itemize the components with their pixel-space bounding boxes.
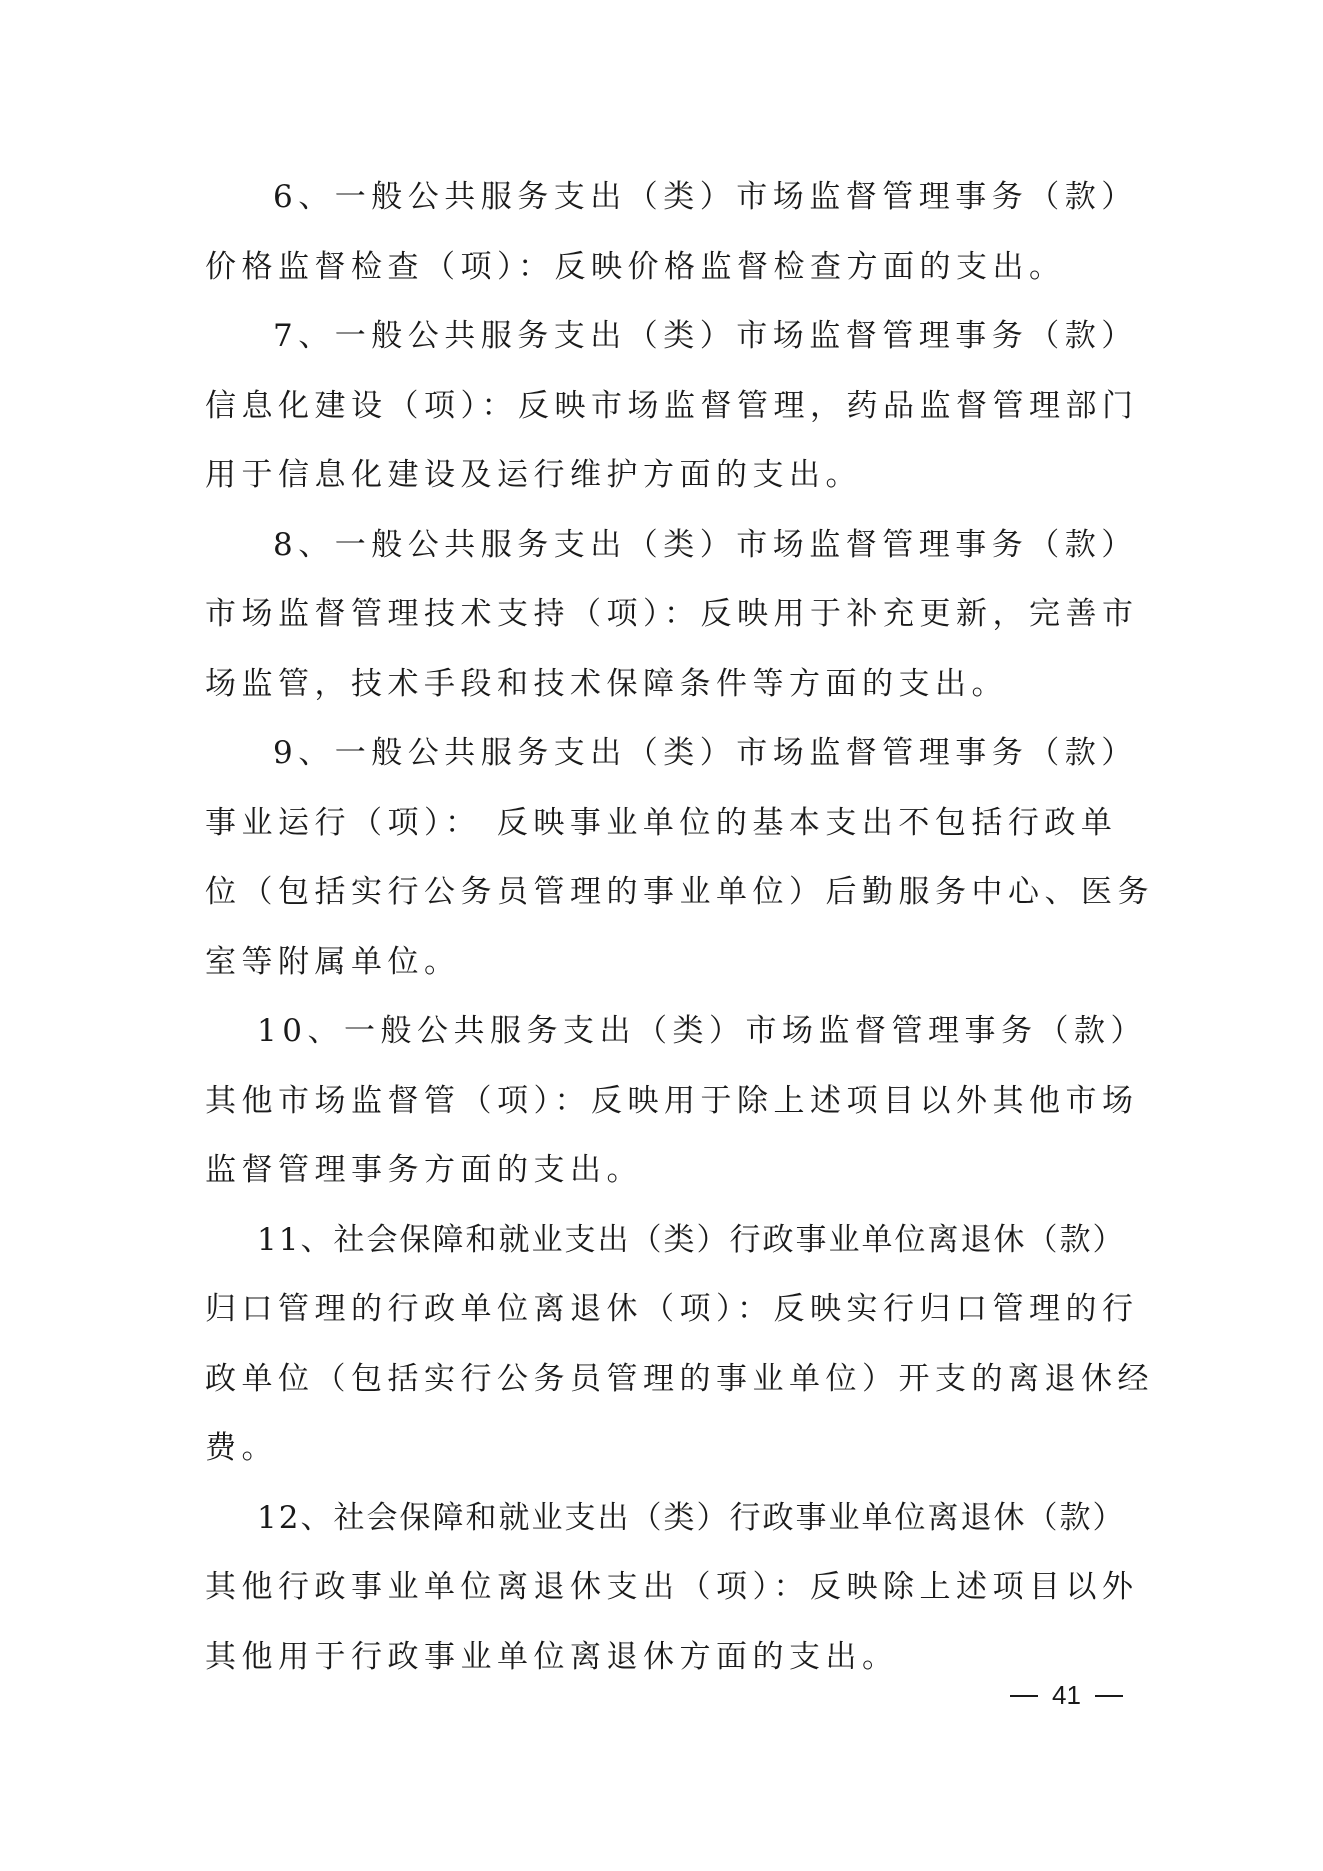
paragraph-line: 位（包括实行公务员管理的事业单位）后勤服务中心、医务 <box>205 858 1130 928</box>
document-page: 6、一般公共服务支出（类）市场监督管理事务（款） 价格监督检查（项）：反映价格监… <box>0 0 1323 1871</box>
paragraph-line: 费。 <box>205 1414 1130 1484</box>
paragraph-item-12: 12、社会保障和就业支出（类）行政事业单位离退休（款） 其他行政事业单位离退休支… <box>205 1484 1130 1693</box>
paragraph-item-7: 7、一般公共服务支出（类）市场监督管理事务（款） 信息化建设（项）：反映市场监督… <box>205 302 1130 511</box>
paragraph-line: 9、一般公共服务支出（类）市场监督管理事务（款） <box>205 719 1130 789</box>
paragraph-line: 信息化建设（项）：反映市场监督管理，药品监督管理部门 <box>205 372 1130 442</box>
dash-left-decoration <box>1010 1695 1038 1697</box>
page-number-footer: 41 <box>1010 1680 1123 1711</box>
paragraph-line: 监督管理事务方面的支出。 <box>205 1136 1130 1206</box>
paragraph-line: 事业运行（项）： 反映事业单位的基本支出不包括行政单 <box>205 789 1130 859</box>
paragraph-line: 其他行政事业单位离退休支出（项）：反映除上述项目以外 <box>205 1553 1130 1623</box>
paragraph-line: 7、一般公共服务支出（类）市场监督管理事务（款） <box>205 302 1130 372</box>
paragraph-item-9: 9、一般公共服务支出（类）市场监督管理事务（款） 事业运行（项）： 反映事业单位… <box>205 719 1130 997</box>
paragraph-line: 8、一般公共服务支出（类）市场监督管理事务（款） <box>205 511 1130 581</box>
paragraph-item-10: 10、一般公共服务支出（类）市场监督管理事务（款） 其他市场监督管（项）：反映用… <box>205 997 1130 1206</box>
paragraph-line: 其他用于行政事业单位离退休方面的支出。 <box>205 1623 1130 1693</box>
paragraph-line: 12、社会保障和就业支出（类）行政事业单位离退休（款） <box>205 1484 1130 1554</box>
paragraph-line: 6、一般公共服务支出（类）市场监督管理事务（款） <box>205 163 1130 233</box>
paragraph-line: 场监管，技术手段和技术保障条件等方面的支出。 <box>205 650 1130 720</box>
paragraph-item-6: 6、一般公共服务支出（类）市场监督管理事务（款） 价格监督检查（项）：反映价格监… <box>205 163 1130 302</box>
paragraph-line: 政单位（包括实行公务员管理的事业单位）开支的离退休经 <box>205 1345 1130 1415</box>
page-number: 41 <box>1052 1680 1081 1711</box>
document-body: 6、一般公共服务支出（类）市场监督管理事务（款） 价格监督检查（项）：反映价格监… <box>205 163 1130 1692</box>
paragraph-item-11: 11、社会保障和就业支出（类）行政事业单位离退休（款） 归口管理的行政单位离退休… <box>205 1206 1130 1484</box>
paragraph-line: 室等附属单位。 <box>205 928 1130 998</box>
paragraph-line: 11、社会保障和就业支出（类）行政事业单位离退休（款） <box>205 1206 1130 1276</box>
paragraph-line: 市场监督管理技术支持（项）：反映用于补充更新，完善市 <box>205 580 1130 650</box>
paragraph-item-8: 8、一般公共服务支出（类）市场监督管理事务（款） 市场监督管理技术支持（项）：反… <box>205 511 1130 720</box>
dash-right-decoration <box>1095 1695 1123 1697</box>
paragraph-line: 价格监督检查（项）：反映价格监督检查方面的支出。 <box>205 233 1130 303</box>
paragraph-line: 用于信息化建设及运行维护方面的支出。 <box>205 441 1130 511</box>
paragraph-line: 归口管理的行政单位离退休（项）：反映实行归口管理的行 <box>205 1275 1130 1345</box>
paragraph-line: 10、一般公共服务支出（类）市场监督管理事务（款） <box>205 997 1130 1067</box>
paragraph-line: 其他市场监督管（项）：反映用于除上述项目以外其他市场 <box>205 1067 1130 1137</box>
